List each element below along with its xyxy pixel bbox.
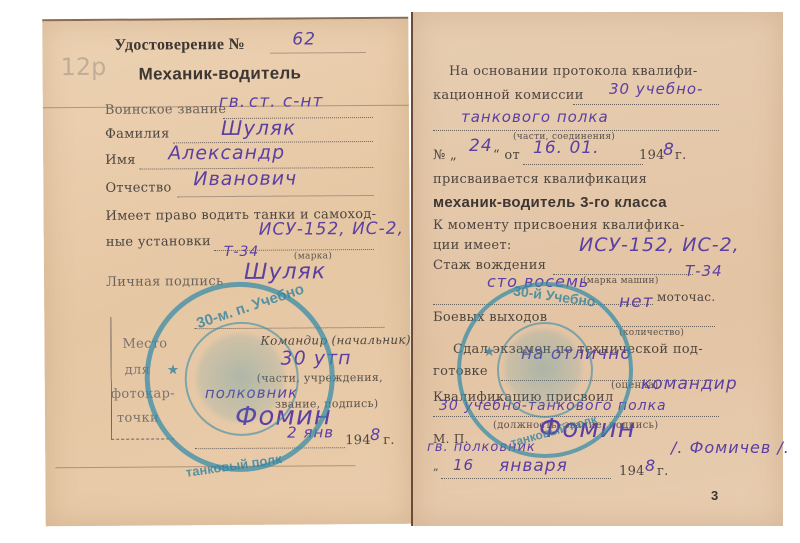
signer-name: /. Фомичев /. xyxy=(671,438,790,457)
year-prefix-right: 194 xyxy=(619,464,645,479)
state-emblem xyxy=(192,330,289,427)
motohours-unit: моточас. xyxy=(657,290,715,304)
machine-caption: (марка машин) xyxy=(583,276,659,286)
moment-line-2: ции имеет: xyxy=(433,238,512,253)
rank-prefix: гв. xyxy=(219,92,246,112)
commission-value-2: танкового полка xyxy=(461,108,609,126)
intro-line-2: кационной комиссии xyxy=(433,88,584,103)
surname-value: Шуляк xyxy=(221,116,296,141)
owner-signature: Шуляк xyxy=(244,259,326,285)
star-icon: ★ xyxy=(167,362,180,378)
protocol-from: “ от xyxy=(493,148,520,163)
combat-value: нет xyxy=(619,292,653,312)
vehicles-value-2: Т-34 xyxy=(224,244,260,260)
intro-line-1: На основании протокола квалифи- xyxy=(449,64,698,79)
protocol-year-suffix: 8 xyxy=(663,140,675,160)
protocol-date: 16. 01. xyxy=(533,138,599,158)
assigned-by-value-1: командир xyxy=(641,374,738,394)
experience-vehicles: ИСУ-152, ИС-2, xyxy=(579,234,740,256)
rank-value: ст. с-нт xyxy=(249,91,324,112)
year-unit-right: г. xyxy=(657,464,669,479)
name-label: Имя xyxy=(105,153,136,168)
year-prefix: 194 xyxy=(345,433,371,448)
page-number: 3 xyxy=(711,488,719,503)
day-value: 16 xyxy=(453,456,474,474)
name-value: Александр xyxy=(168,142,285,165)
star-icon-right: ★ xyxy=(483,344,496,360)
patronymic-label: Отчество xyxy=(105,180,171,195)
certificate-heading: Механик-водитель xyxy=(139,63,302,84)
year-suffix: 8 xyxy=(370,425,381,444)
left-page: 12р Удостоверение № 62 Механик-водитель … xyxy=(42,17,412,527)
moment-line-1: К моменту присвоения квалифика- xyxy=(433,218,685,233)
patronymic-value: Иванович xyxy=(193,168,297,191)
protocol-number: 24 xyxy=(469,136,493,156)
rank-label: Воинское звание xyxy=(105,102,227,118)
protocol-year-prefix: 194 xyxy=(639,148,665,163)
year-suffix-right: 8 xyxy=(645,456,656,475)
state-emblem-right xyxy=(501,326,585,410)
experience-vehicles-2: Т-34 xyxy=(685,262,723,280)
year-unit: г. xyxy=(383,433,395,448)
certificate-number: 62 xyxy=(292,29,316,49)
commission-value-1: 30 учебно- xyxy=(609,80,703,98)
assigned-label: присваивается квалификация xyxy=(433,172,647,187)
pencil-mark: 12р xyxy=(60,53,106,81)
certificate-title: Удостоверение № xyxy=(114,36,245,55)
qualification: механик-водитель 3-го класса xyxy=(433,194,667,211)
vehicles-value: ИСУ-152, ИС-2, xyxy=(259,219,404,240)
rights-line-2: ные установки xyxy=(106,234,211,250)
protocol-prefix: № „ xyxy=(433,148,457,163)
month-value: января xyxy=(499,456,568,476)
surname-label: Фамилия xyxy=(105,126,170,141)
right-page: На основании протокола квалифи- кационно… xyxy=(411,12,783,526)
combat-caption: (количество) xyxy=(619,328,684,338)
experience-label: Стаж вождения xyxy=(433,258,546,273)
protocol-year-unit: г. xyxy=(675,148,687,163)
